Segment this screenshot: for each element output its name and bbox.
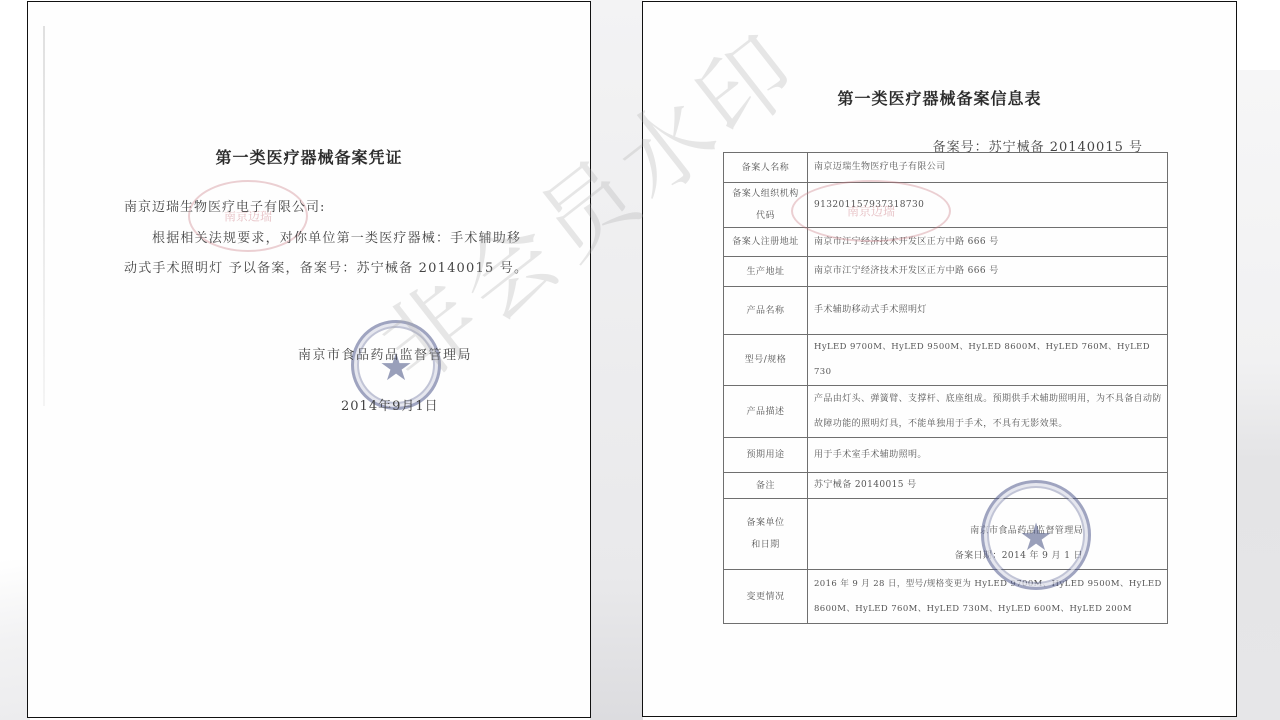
row-label: 备案人注册地址 bbox=[724, 228, 808, 257]
row-value: 产品由灯头、弹簧臂、支撑杆、底座组成。预期供手术辅助照明用，为不具备自动防故障功… bbox=[808, 386, 1168, 438]
filing-info-page: 第一类医疗器械备案信息表 备案号：苏宁械备 20140015 号 备案人名称 南… bbox=[642, 1, 1237, 717]
table-row: 生产地址 南京市江宁经济技术开发区正方中路 666 号 bbox=[724, 257, 1168, 287]
agency-seal: ★ bbox=[981, 480, 1091, 590]
row-label: 预期用途 bbox=[724, 438, 808, 473]
star-icon: ★ bbox=[1019, 518, 1053, 556]
row-value: HyLED 9700M、HyLED 9500M、HyLED 8600M、HyLE… bbox=[808, 335, 1168, 386]
row-label: 生产地址 bbox=[724, 257, 808, 287]
filing-info-table: 备案人名称 南京迈瑞生物医疗电子有限公司 备案人组织机构 代码 91320115… bbox=[723, 152, 1168, 624]
table-row: 产品描述 产品由灯头、弹簧臂、支撑杆、底座组成。预期供手术辅助照明用，为不具备自… bbox=[724, 386, 1168, 438]
row-value: 南京迈瑞生物医疗电子有限公司 bbox=[808, 153, 1168, 183]
table-row: 预期用途 用于手术室手术辅助照明。 bbox=[724, 438, 1168, 473]
certificate-date: 2014年9月1日 bbox=[341, 395, 439, 414]
row-value: 手术辅助移动式手术照明灯 bbox=[808, 287, 1168, 335]
table-row: 型号/规格 HyLED 9700M、HyLED 9500M、HyLED 8600… bbox=[724, 335, 1168, 386]
row-label: 备案单位 和日期 bbox=[724, 499, 808, 570]
certificate-body: 根据相关法规要求，对你单位第一类医疗器械：手术辅助移动式手术照明灯 予以备案，备… bbox=[124, 224, 534, 284]
table-row: 备注 苏宁械备 20140015 号 bbox=[724, 473, 1168, 499]
scan-artifact bbox=[43, 26, 45, 406]
info-table-title: 第一类医疗器械备案信息表 bbox=[643, 86, 1236, 109]
table-row: 备案人注册地址 南京市江宁经济技术开发区正方中路 666 号 bbox=[724, 228, 1168, 257]
filing-certificate-page: 第一类医疗器械备案凭证 南京迈瑞 南京迈瑞生物医疗电子有限公司: 根据相关法规要… bbox=[27, 1, 591, 718]
row-label: 备案人名称 bbox=[724, 153, 808, 183]
row-label: 产品描述 bbox=[724, 386, 808, 438]
certificate-recipient: 南京迈瑞生物医疗电子有限公司: bbox=[124, 196, 325, 215]
table-row: 备案单位 和日期 南京市食品药品监督管理局 备案日期：2014 年 9 月 1 … bbox=[724, 499, 1168, 570]
row-value: 用于手术室手术辅助照明。 bbox=[808, 438, 1168, 473]
row-label: 变更情况 bbox=[724, 570, 808, 624]
page-gap bbox=[590, 0, 643, 720]
row-label: 产品名称 bbox=[724, 287, 808, 335]
row-value: 南京市江宁经济技术开发区正方中路 666 号 bbox=[808, 257, 1168, 287]
certificate-title: 第一类医疗器械备案凭证 bbox=[28, 145, 590, 168]
table-row: 备案人名称 南京迈瑞生物医疗电子有限公司 bbox=[724, 153, 1168, 183]
table-row: 产品名称 手术辅助移动式手术照明灯 bbox=[724, 287, 1168, 335]
row-label: 型号/规格 bbox=[724, 335, 808, 386]
row-value: 苏宁械备 20140015 号 bbox=[808, 473, 1168, 499]
row-value: 2016 年 9 月 28 日，型号/规格变更为 HyLED 9700M、HyL… bbox=[808, 570, 1168, 624]
row-label: 备注 bbox=[724, 473, 808, 499]
table-row: 变更情况 2016 年 9 月 28 日，型号/规格变更为 HyLED 9700… bbox=[724, 570, 1168, 624]
company-seal: 南京迈瑞 bbox=[791, 180, 951, 242]
certificate-issuer: 南京市食品药品监督管理局 bbox=[298, 344, 472, 363]
slide-background-shape bbox=[0, 560, 30, 720]
